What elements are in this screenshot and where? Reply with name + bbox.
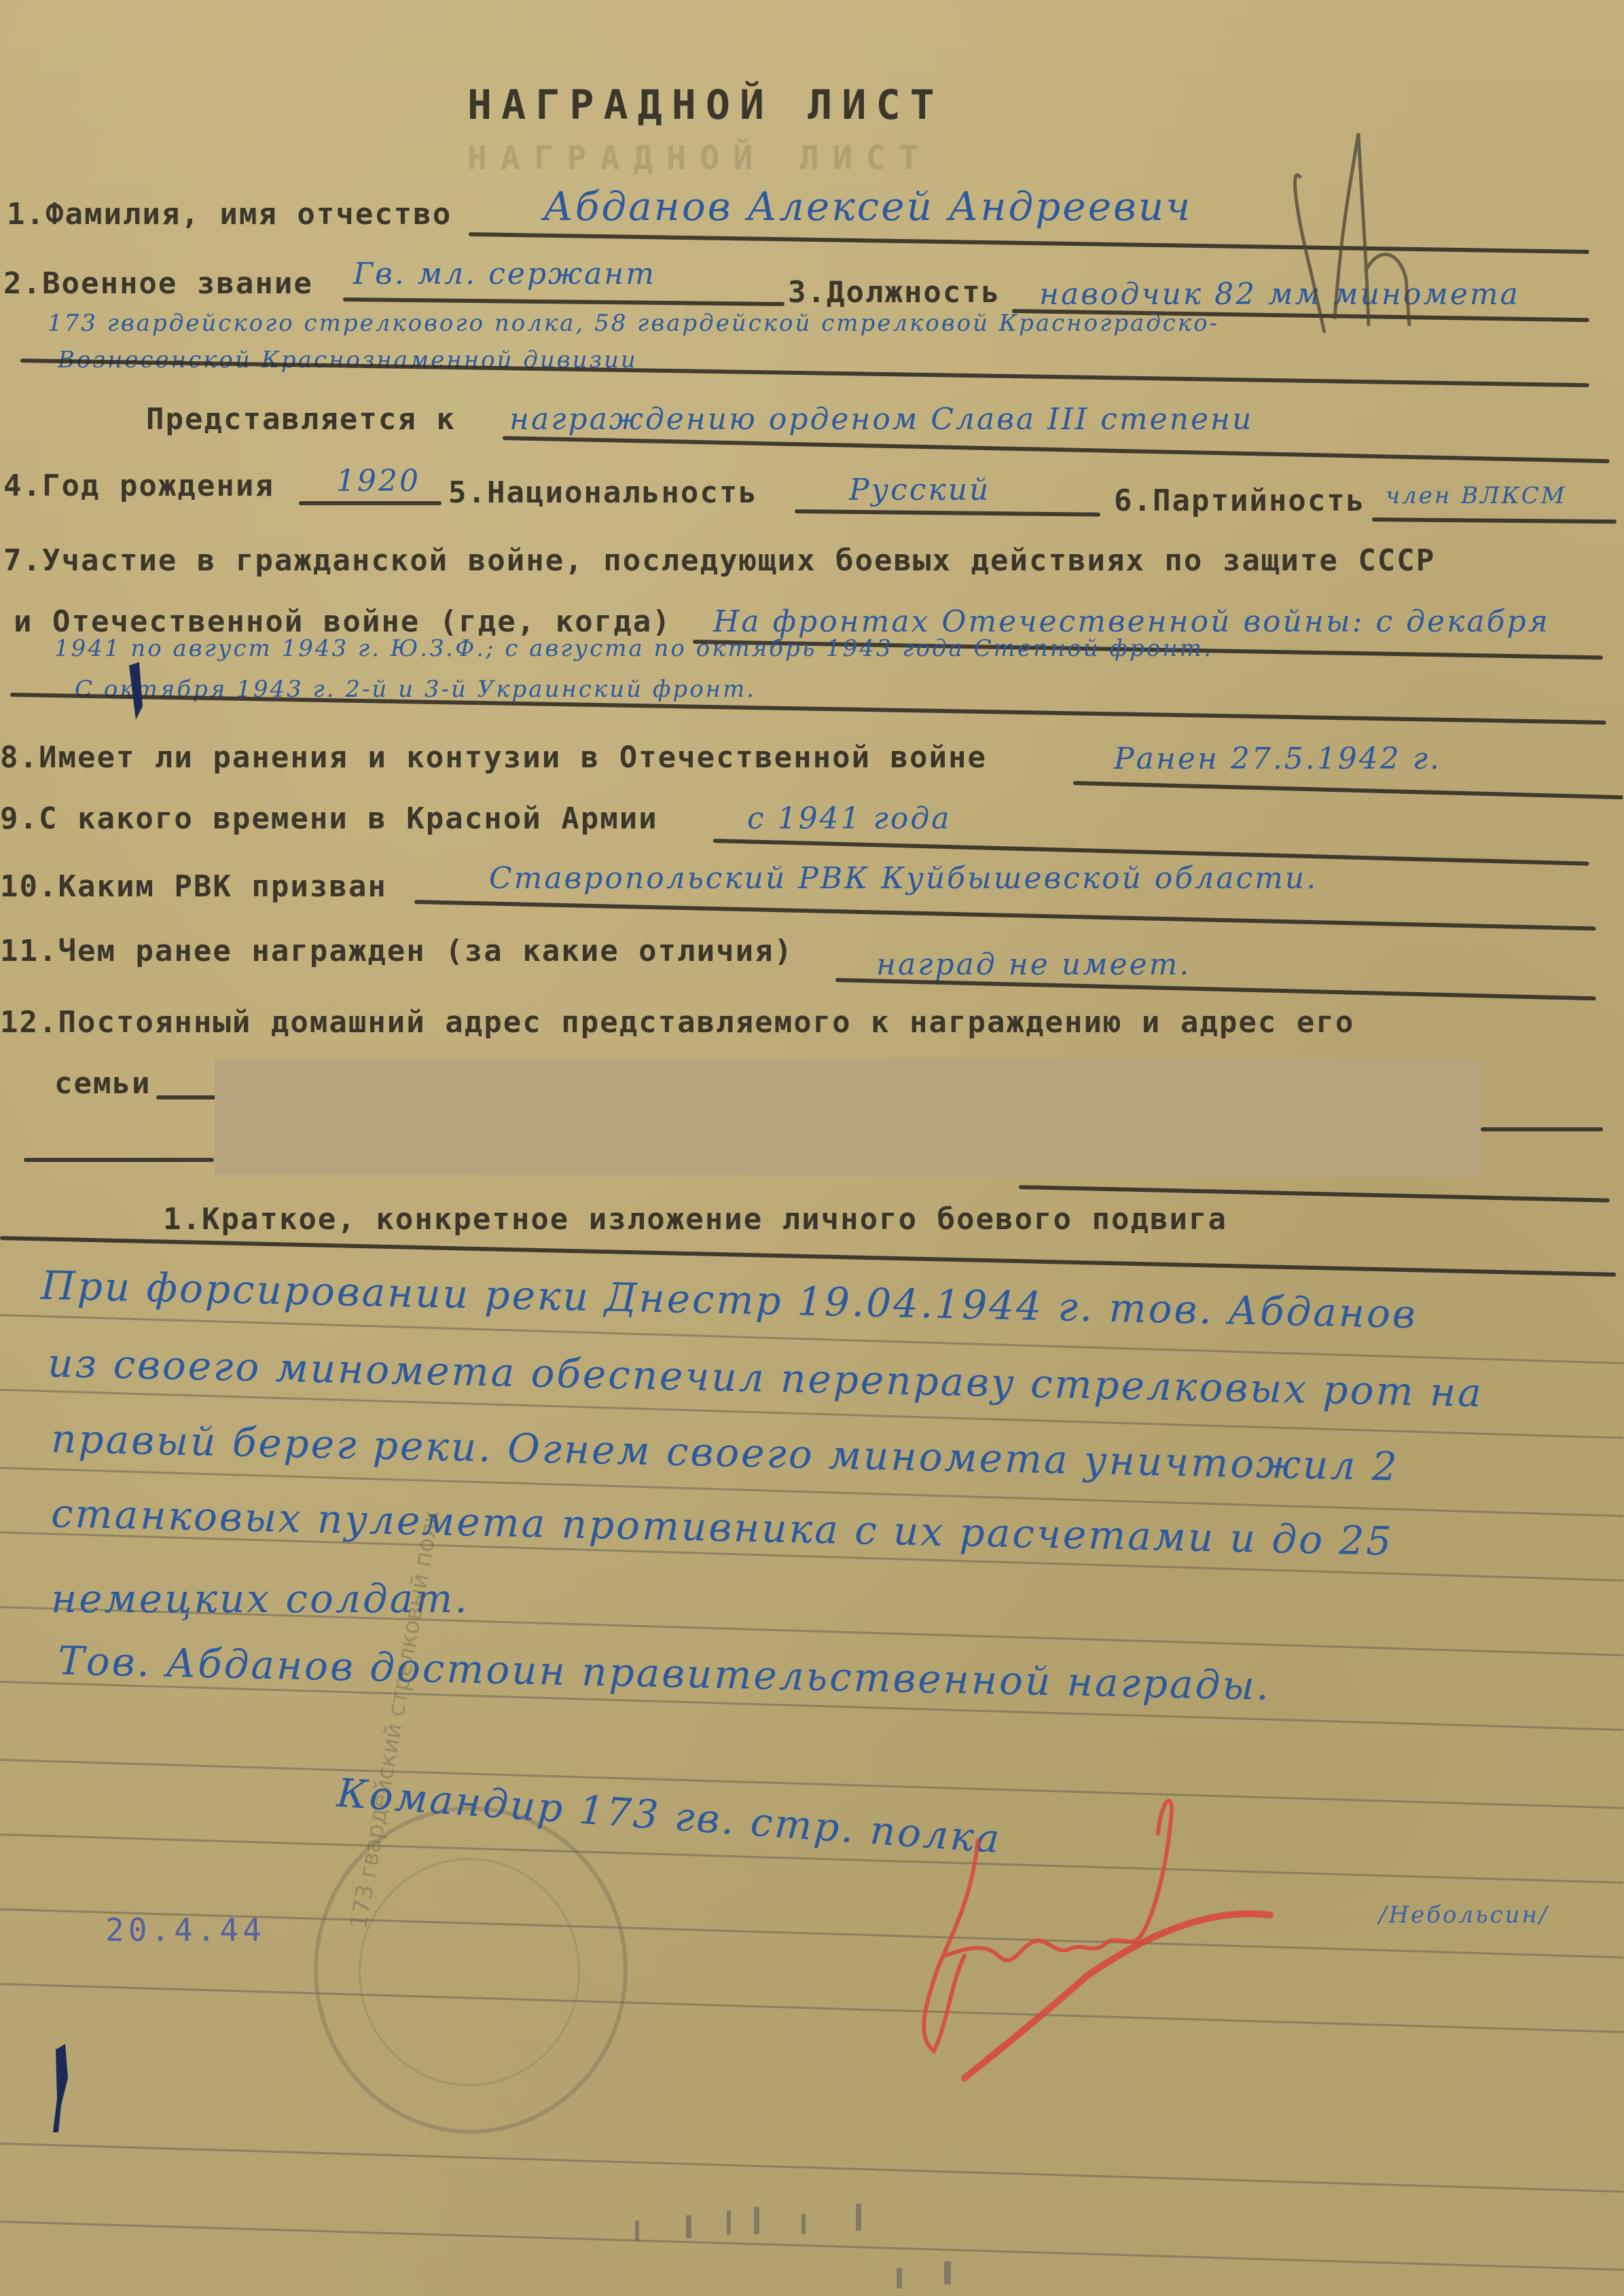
red-signature [924, 1801, 1270, 2078]
marks-overlay [0, 0, 1624, 2296]
pencil-resolution-mark [1295, 133, 1409, 333]
ink-blot-left [53, 662, 143, 2132]
faint-bottom-marks [635, 2204, 951, 2289]
